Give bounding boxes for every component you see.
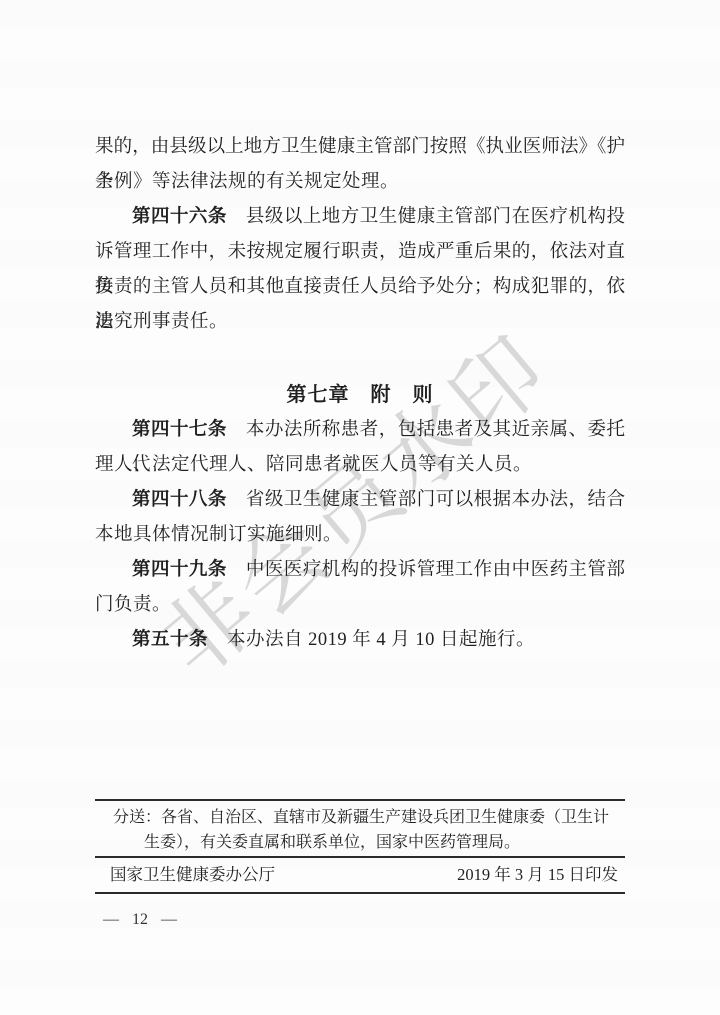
body-line: 第四十六条 县级以上地方卫生健康主管部门在医疗机构投 bbox=[95, 200, 625, 235]
body-line: 理人、法定代理人、陪同患者就医人员等有关人员。 bbox=[95, 448, 625, 483]
article-number: 第四十七条 bbox=[132, 420, 227, 440]
body-line: 第四十七条 本办法所称患者，包括患者及其近亲属、委托代 bbox=[95, 413, 625, 448]
issuer-row: 国家卫生健康委办公厅 2019 年 3 月 15 日印发 bbox=[110, 858, 618, 892]
article-number: 第五十条 bbox=[132, 630, 208, 650]
distribution-line: 生委），有关委直属和联系单位，国家中医药管理局。 bbox=[144, 830, 625, 855]
article-text: 中医医疗机构的投诉管理工作由中医药主管部 bbox=[227, 560, 625, 580]
article-text: 县级以上地方卫生健康主管部门在医疗机构投 bbox=[227, 207, 625, 227]
article-text: 本办法自 2019 年 4 月 10 日起施行。 bbox=[208, 630, 535, 650]
body-line: 本地具体情况制订实施细则。 bbox=[95, 518, 625, 553]
page-number: — 12 — bbox=[103, 906, 177, 934]
article-text: 省级卫生健康主管部门可以根据本办法，结合 bbox=[227, 490, 625, 510]
body-line: 门负责。 bbox=[95, 588, 625, 623]
body-line: 追究刑事责任。 bbox=[95, 305, 625, 340]
print-date: 2019 年 3 月 15 日印发 bbox=[457, 858, 618, 892]
article-number: 第四十九条 bbox=[132, 560, 227, 580]
body-line: 负责的主管人员和其他直接责任人员给予处分；构成犯罪的，依法 bbox=[95, 270, 625, 305]
document-body: 果的，由县级以上地方卫生健康主管部门按照《执业医师法》《护士 条例》等法律法规的… bbox=[95, 130, 625, 658]
issuer-office: 国家卫生健康委办公厅 bbox=[110, 858, 275, 892]
chapter-heading: 第七章 附 则 bbox=[95, 378, 625, 413]
article-number: 第四十八条 bbox=[132, 490, 227, 510]
document-page: 非会员水印 果的，由县级以上地方卫生健康主管部门按照《执业医师法》《护士 条例》… bbox=[0, 0, 720, 1015]
body-line: 条例》等法律法规的有关规定处理。 bbox=[95, 165, 625, 200]
distribution-line: 分送：各省、自治区、直辖市及新疆生产建设兵团卫生健康委（卫生计 bbox=[113, 805, 625, 830]
body-line: 第四十八条 省级卫生健康主管部门可以根据本办法，结合 bbox=[95, 483, 625, 518]
body-line: 第五十条 本办法自 2019 年 4 月 10 日起施行。 bbox=[95, 623, 625, 658]
body-line: 诉管理工作中，未按规定履行职责，造成严重后果的，依法对直接 bbox=[95, 235, 625, 270]
body-line: 第四十九条 中医医疗机构的投诉管理工作由中医药主管部 bbox=[95, 553, 625, 588]
distribution-note: 分送：各省、自治区、直辖市及新疆生产建设兵团卫生健康委（卫生计 生委），有关委直… bbox=[113, 805, 625, 855]
footer-bottom-rule bbox=[95, 892, 625, 894]
footer-top-rule bbox=[95, 799, 625, 801]
article-number: 第四十六条 bbox=[132, 207, 227, 227]
body-line: 果的，由县级以上地方卫生健康主管部门按照《执业医师法》《护士 bbox=[95, 130, 625, 165]
